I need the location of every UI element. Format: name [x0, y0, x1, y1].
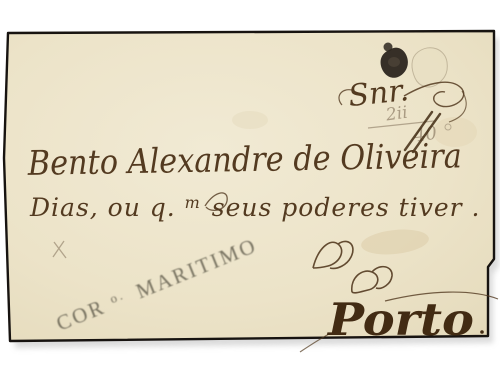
address-line-1: Bento Alexandre de Oliveira: [27, 136, 463, 184]
paper-stain: [232, 111, 268, 129]
cover-photo: Snr. 2ii 40 Bento Alexandre de Oliveira …: [0, 0, 500, 375]
pencil-rate-mark-1: 2ii: [384, 103, 409, 126]
seal-highlight: [388, 57, 400, 67]
destination-period: [480, 330, 484, 334]
photo-stage: Snr. 2ii 40 Bento Alexandre de Oliveira …: [0, 0, 500, 375]
wax-seal-smudge-tuft: [384, 43, 393, 52]
address-line-2-start: Dias, ou q.: [29, 193, 176, 222]
address-line-2-end: seus poderes tiver .: [212, 193, 481, 222]
address-line-2-superscript: m: [185, 193, 201, 212]
destination-script: Porto: [326, 293, 474, 346]
destination-group: Porto: [300, 292, 498, 352]
